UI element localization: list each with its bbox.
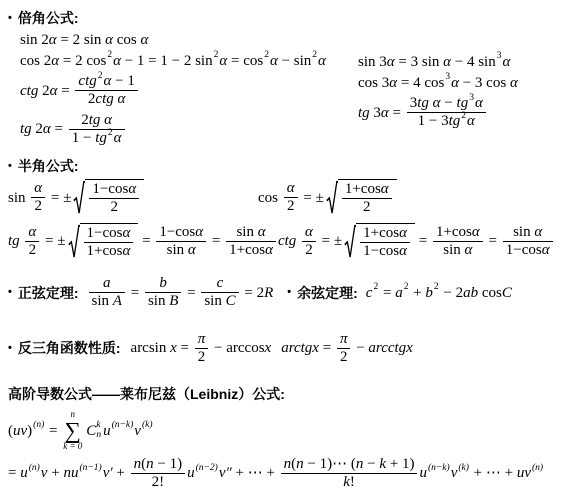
math-text: α [50,82,58,100]
bullet-icon: • [8,161,12,172]
math-text: arctgx [281,339,319,357]
math-text: α [542,242,550,259]
inverse-trig-row: • 反三角函数性质: arcsin x = π2 − arccosx arctg… [8,331,565,367]
double-angle-right-column: sin 3α = 3 sin α − 4 sin3α cos 3α = 4 co… [358,28,565,134]
denominator: 2 [195,348,209,366]
math-text: = 2 [241,284,264,302]
math-text: 2! [152,474,165,491]
numerator: a [89,275,125,292]
half-angle-right-1: cos α2 = ±1+cosα2 [258,176,397,220]
math-text: 2 [81,112,89,129]
math-text: α [188,242,196,259]
math-text: B [169,293,178,310]
math-text: α [51,52,59,70]
math-text: uv [517,464,531,482]
fraction: 2tg α1 − tg2α [69,112,125,148]
math-text: − [363,456,379,473]
math-text: 2 [88,91,96,108]
stack-subscript: n [96,431,101,441]
math-text: 2 [340,349,348,366]
superscript: 3 [445,72,450,83]
math-text: = 3 sin [395,53,443,71]
square-root: 1+cosα1−cosα [344,223,415,261]
math-text: = [8,464,20,482]
denominator: 1−cosα [503,241,553,259]
math-text: n [284,456,292,473]
math-text: 1 − [72,130,95,147]
numerator: α [302,224,316,241]
fraction: 3tg α − tg3α1 − 3tg2α [407,95,486,131]
math-text: sin [148,293,169,310]
section-heading-half-angle: • 半角公式: [8,156,565,176]
half-angle-right-2: ctg α2 = ±1+cosα1−cosα = 1+cosαsin α = s… [278,220,555,264]
fraction: π2 [337,331,351,367]
math-text: v [451,464,458,482]
math-text: α [399,225,407,242]
formula-arcsin-identity: arcsin x = π2 − arccosx [131,331,272,367]
numerator: π [337,331,351,348]
math-text: α [443,53,451,71]
math-text: + ⋯ + [232,464,279,482]
radicand: 1−cosα1+cosα [80,223,139,261]
math-text: α [104,73,112,90]
math-text: u [103,422,111,440]
math-text: k [379,456,386,473]
math-text: α [465,242,473,259]
denominator: 1−cosα [360,242,410,260]
math-text: α [510,74,518,92]
math-text: α [34,180,42,197]
math-text: tg [449,113,461,130]
formula-sin-3a: sin 3α = 3 sin α − 4 sin3α [358,53,565,71]
math-text: A [113,293,122,310]
math-text: α [28,224,36,241]
superscript: (k) [142,420,153,431]
math-text: = 2 cos [59,52,106,70]
math-text: sin [236,224,257,241]
half-angle-row-1: sin α2 = ±1−cosα2 cos α2 = ±1+cosα2 [8,176,565,220]
superscript: (n) [33,420,44,431]
denominator: 2 [25,241,39,259]
formula-cos-3a: cos 3α = 4 cos3α − 3 cos α [358,74,565,92]
math-text: 3 [410,95,418,112]
math-text: − 2 [440,284,463,302]
math-text: 3 [370,104,381,122]
math-text: k [343,474,350,491]
numerator: n(n − 1)⋯ (n − k + 1) [281,456,418,473]
math-text: sin 2 [20,31,49,49]
math-text: ctg α [95,91,125,108]
numerator: 3tg α − tg3α [407,95,486,112]
fraction: n(n − 1)⋯ (n − k + 1)k! [281,456,418,492]
math-text: uv [13,422,27,440]
math-text: tg [95,130,107,147]
formula-sine-rule: asin A = bsin B = csin C = 2R [87,275,274,311]
fraction: n(n − 1)2! [131,456,185,492]
formula-arctg-identity: arctgx = π2 − arcctgx [281,331,413,367]
math-text: n [296,456,304,473]
half-angle-left-1: sin α2 = ±1−cosα2 [8,176,258,220]
superscript: 3 [497,51,502,62]
math-text: − 1 = 1 − 2 sin [121,52,213,70]
math-text: tg α [417,95,440,112]
math-text: + [47,464,63,482]
math-text: − 1) [154,456,182,473]
denominator: 2 [31,197,45,215]
math-text: sin [92,293,113,310]
math-text: 2 [34,198,42,215]
math-text: R [264,284,273,302]
fraction: csin C [201,275,238,311]
math-text: v [41,464,48,482]
math-text: − 1 [111,73,134,90]
numerator: 1−cosα [89,181,139,198]
math-text: − 3 cos [459,74,510,92]
numerator: b [145,275,181,292]
math-text: = [319,339,335,357]
math-text: α [502,53,510,71]
sup-sub-stack: kn [96,421,101,441]
math-text: − arccos [210,339,264,357]
math-text: = [57,82,73,100]
math-text: − 4 sin [451,53,496,71]
numerator: c [201,275,238,292]
math-text: α [287,180,295,197]
math-text: α [128,181,136,198]
math-text: 2 [198,349,206,366]
math-text: α [114,130,122,147]
fraction: 1−cosα2 [89,181,139,217]
math-text: tg [8,232,23,250]
math-text: sin [513,224,534,241]
section-title-leibniz: 高阶导数公式——莱布尼兹（Leibniz）公式: [8,384,285,404]
section-heading-cosine-rule: • 余弦定理: [287,283,358,303]
superscript: 2 [214,50,219,61]
numerator: 2tg α [69,112,125,129]
math-text: cos 3 [358,74,389,92]
numerator: 1−cosα [84,225,134,242]
numerator: α [284,180,298,197]
math-text: = ± [41,232,65,250]
math-text: sin [443,242,464,259]
superscript: 3 [469,93,474,104]
math-text: α [472,224,480,241]
math-text: u [419,464,427,482]
square-root: 1+cosα2 [326,179,397,217]
numerator: α [31,180,45,197]
math-text: cos 2 [20,52,51,70]
fraction: sin α1+cosα [226,224,276,260]
fraction: α2 [302,224,316,260]
math-text: α [270,52,278,70]
math-text: C [86,422,96,440]
math-text: − [352,339,368,357]
math-text: = [138,232,154,250]
denominator: 2ctg α [75,90,137,108]
radical-icon [73,180,85,216]
math-text: = ± [300,189,324,207]
math-text: 2 [305,242,313,259]
denominator: sin α [433,241,483,259]
numerator: α [25,224,39,241]
laws-row: • 正弦定理: asin A = bsin B = csin C = 2R • … [8,275,565,311]
math-text: sin 3 [358,53,387,71]
formula-sin-2a: sin 2α = 2 sin α cos α [20,31,358,49]
half-angle-row-2: tg α2 = ±1−cosα1+cosα = 1−cosαsin α = si… [8,220,565,264]
math-text: 1−cos [87,225,123,242]
superscript: (n−1) [79,463,101,474]
superscript: 2 [264,50,269,61]
square-root: 1−cosα2 [73,179,144,217]
math-text: = 2 sin [57,31,105,49]
fraction: 1−cosαsin α [156,224,206,260]
math-text: 1+cos [229,242,265,259]
formula-ctg-2a: ctg 2α = ctg2α − 12ctg α [20,73,358,109]
math-text: ! [350,474,355,491]
formula-cos-2a: cos 2α = 2 cos2α − 1 = 1 − 2 sin2α = cos… [20,52,358,70]
math-text: α [105,31,113,49]
superscript: 2 [98,71,103,82]
superscript: (n−k) [112,420,134,431]
math-text: 2 [287,198,295,215]
math-text: = [183,284,199,302]
formula-sin-half: sin α2 = ±1−cosα2 [8,179,258,217]
math-text: α [387,53,395,71]
bullet-icon: • [8,343,12,354]
math-text: 2 [38,82,49,100]
math-text: α [399,243,407,260]
math-text: + 1) [386,456,414,473]
math-text: = cos [227,52,263,70]
math-text: arcsin [131,339,171,357]
formula-cosine-rule: c2 = a2 + b2 − 2ab cosC [366,284,512,302]
math-text: = 4 cos [397,74,444,92]
math-text: v′ [103,464,113,482]
superscript: 2 [107,50,112,61]
math-text: 1−cos [363,243,399,260]
formula-leibniz-sum: (uv)(n) = n∑k = 0Cknu(n−k)v(k) [8,410,565,452]
summation: n∑k = 0 [63,410,82,452]
math-text: v [134,422,141,440]
math-formula-sheet: • 倍角公式: sin 2α = 2 sin α cos α cos 2α = … [0,0,567,500]
section-heading-leibniz: 高阶导数公式——莱布尼兹（Leibniz）公式: [8,384,565,404]
sum-symbol: ∑ [65,420,81,442]
double-angle-left-column: sin 2α = 2 sin α cos α cos 2α = 2 cos2α … [8,28,358,150]
math-text: ctg [278,232,300,250]
math-text: arcctgx [368,339,412,357]
math-text: u [187,464,195,482]
math-text: n [356,456,364,473]
math-text: α [381,104,389,122]
math-text: ctg [78,73,96,90]
denominator: 2 [284,197,298,215]
math-text: = [485,232,501,250]
superscript: (n−k) [428,463,450,474]
numerator: π [195,331,209,348]
math-text: n [146,456,154,473]
math-text: a [103,275,111,292]
math-text: = [51,120,67,138]
section-title-half-angle: 半角公式: [18,156,79,176]
math-text: α [305,224,313,241]
fraction: 1−cosα1+cosα [84,225,134,261]
superscript: 2 [404,282,409,293]
math-text: α [113,52,121,70]
fraction: 1+cosαsin α [433,224,483,260]
math-text: u [20,464,28,482]
math-text: 1+cos [87,243,123,260]
fraction: α2 [25,224,39,260]
math-text: = [415,232,431,250]
math-text: 2 [29,242,37,259]
math-text: α [140,31,148,49]
sum-lower-limit: k = 0 [63,442,82,452]
radicand: 1+cosα2 [338,179,397,217]
denominator: 2! [131,473,185,491]
bullet-icon: • [8,13,12,24]
math-text: 2 [111,199,119,216]
double-angle-columns: sin 2α = 2 sin α cos α cos 2α = 2 cos2α … [8,28,565,150]
math-text: ctg [20,82,38,100]
fraction: bsin B [145,275,181,311]
math-text: 1+cos [345,181,381,198]
math-text: α [122,243,130,260]
math-text: cos [478,284,502,302]
math-text: α [381,181,389,198]
denominator: sin C [201,292,238,310]
math-text: cos [258,189,282,207]
math-text: = [45,422,61,440]
math-text: α [318,52,326,70]
fraction: 1+cosα1−cosα [360,225,410,261]
formula-tg-half: tg α2 = ±1−cosα1+cosα = 1−cosαsin α = si… [8,223,278,261]
superscript: 2 [461,111,466,122]
math-text: + ⋯ + [470,464,517,482]
denominator: sin B [145,292,181,310]
math-text: sin [167,242,188,259]
math-text: 2 [363,199,371,216]
math-text: c [366,284,373,302]
math-text: sin [8,189,29,207]
superscript: 2 [312,50,317,61]
math-text: ) [27,422,32,440]
math-text: tg [358,104,370,122]
denominator: 1+cosα [226,241,276,259]
math-text: − [441,95,457,112]
denominator: sin A [89,292,125,310]
math-text: + [113,464,129,482]
bullet-icon: • [287,287,291,298]
math-text: C [226,293,236,310]
denominator: k! [281,473,418,491]
math-text: α [475,95,483,112]
superscript: 2 [434,282,439,293]
denominator: 1+cosα [84,242,134,260]
math-text: = ± [318,232,342,250]
numerator: 1+cosα [433,224,483,241]
math-text: α [389,74,397,92]
math-text: nu [63,464,78,482]
math-text: α [451,74,459,92]
math-text: ab [463,284,478,302]
math-text: α [43,120,51,138]
math-text: tg [457,95,469,112]
superscript: (n) [532,463,543,474]
math-text: π [198,331,206,348]
math-text: = [389,104,405,122]
fraction: π2 [195,331,209,367]
section-title-inverse-trig: 反三角函数性质: [18,338,121,358]
math-text: tg α [89,112,112,129]
math-text: a [395,284,403,302]
math-text: b [425,284,433,302]
radicand: 1−cosα2 [85,179,144,217]
math-text: − 1)⋯ ( [304,456,356,473]
formula-ctg-half: ctg α2 = ±1+cosα1−cosα = 1+cosαsin α = s… [278,223,555,261]
denominator: 2 [89,198,139,216]
math-text: = [177,339,193,357]
math-text: = [208,232,224,250]
formula-leibniz-expansion: = u(n)v + nu(n−1)v′ + n(n − 1)2!u(n−2)v″… [8,456,565,492]
half-angle-left-2: tg α2 = ±1−cosα1+cosα = 1−cosαsin α = si… [8,220,278,264]
math-text: x [170,339,177,357]
numerator: sin α [503,224,553,241]
math-text: = [127,284,143,302]
math-text: n [134,456,142,473]
fraction: 1+cosα2 [342,181,392,217]
math-text: α [265,242,273,259]
math-text: α [258,224,266,241]
fraction: sin α1−cosα [503,224,553,260]
math-text: 1−cos [506,242,542,259]
numerator: ctg2α − 1 [75,73,137,90]
superscript: (n) [29,463,40,474]
math-text: 2 [32,120,43,138]
radicand: 1+cosα1−cosα [356,223,415,261]
numerator: sin α [226,224,276,241]
radical-icon [326,180,338,216]
fraction: asin A [89,275,125,311]
math-text: c [217,275,224,292]
math-text: 1+cos [363,225,399,242]
square-root: 1−cosα1+cosα [68,223,139,261]
math-text: cos [113,31,141,49]
math-text: α [534,224,542,241]
math-text: α [195,224,203,241]
bullet-icon: • [8,287,12,298]
formula-tg-2a: tg 2α = 2tg α1 − tg2α [20,112,358,148]
math-text: = [379,284,395,302]
formula-cos-half: cos α2 = ±1+cosα2 [258,179,397,217]
math-text: 1−cos [92,181,128,198]
section-heading-double-angle: • 倍角公式: [8,8,565,28]
section-title-sine-rule: 正弦定理: [18,283,79,303]
math-text: = ± [47,189,71,207]
math-text: π [340,331,348,348]
superscript: (n−2) [196,463,218,474]
section-title-cosine-rule: 余弦定理: [297,283,358,303]
denominator: sin α [156,241,206,259]
math-text: sin [204,293,225,310]
fraction: α2 [31,180,45,216]
formula-tg-3a: tg 3α = 3tg α − tg3α1 − 3tg2α [358,95,565,131]
denominator: 1 − tg2α [69,129,125,147]
fraction: α2 [284,180,298,216]
numerator: 1+cosα [342,181,392,198]
math-text: 1+cos [436,224,472,241]
section-title-double-angle: 倍角公式: [18,8,79,28]
denominator: 1 − 3tg2α [407,112,486,130]
